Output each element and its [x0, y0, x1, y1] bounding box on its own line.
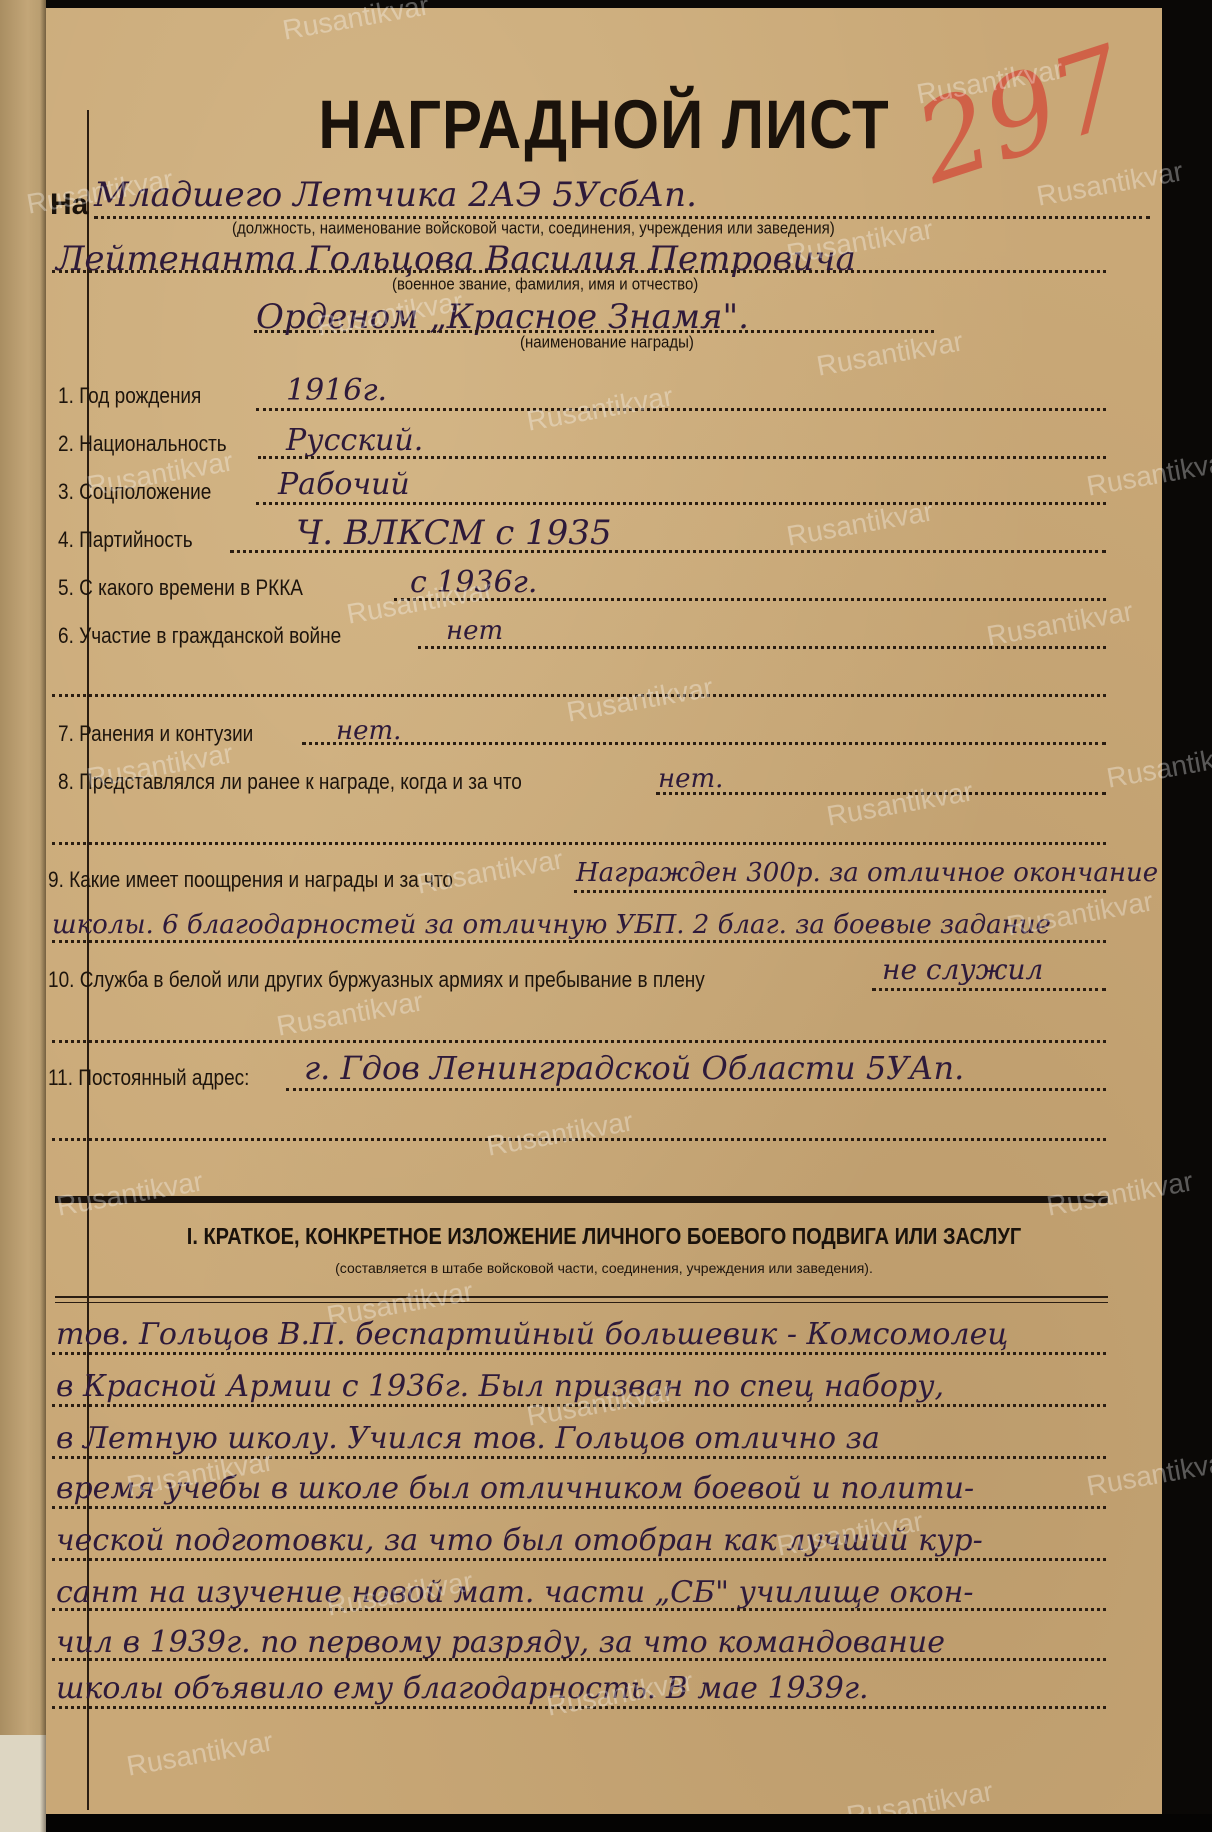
section-divider: [55, 1196, 1108, 1203]
field-line-extra: [52, 694, 1106, 697]
field-line: [656, 792, 1106, 795]
field-label-birth-year: 1. Год рождения: [58, 385, 201, 410]
watermark: Rusantikvar: [484, 1105, 635, 1162]
narrative-line: школы объявило ему благодарность. В мае …: [56, 1674, 869, 1704]
field-label-awards: 9. Какие имеет поощрения и награды и за …: [48, 869, 453, 894]
narrative-line: в Красной Армии с 1936г. Был призван по …: [56, 1372, 944, 1402]
field-value-party: Ч. ВЛКСМ с 1935: [296, 516, 612, 550]
watermark: Rusantikvar: [814, 325, 965, 382]
field-line: [256, 408, 1106, 411]
narrative-rule: [52, 1558, 1106, 1561]
watermark: Rusantikvar: [1104, 737, 1212, 794]
narrative-rule: [52, 1404, 1106, 1407]
field-line: [258, 456, 1106, 459]
field-line: [286, 1088, 1106, 1091]
field-line: [574, 890, 1106, 893]
field-line-extra: [52, 1138, 1106, 1141]
name-line: [52, 270, 1106, 273]
narrative-line: ческой подготовки, за что был отобран ка…: [56, 1526, 983, 1556]
watermark: Rusantikvar: [984, 595, 1135, 652]
field-label-rkka-since: 5. С какого времени в РККА: [58, 577, 303, 602]
narrative-rule: [52, 1608, 1106, 1611]
award-sheet: НАГРАДНОЙ ЛИСТ 297 На Младшего Летчика 2…: [46, 8, 1162, 1814]
narrative-rule: [52, 1658, 1106, 1661]
field-label-wounds: 7. Ранения и контузии: [58, 723, 253, 748]
watermark: Rusantikvar: [1084, 1445, 1212, 1502]
field-label-party: 4. Партийность: [58, 529, 193, 554]
field-line: [52, 940, 1106, 943]
field-value-rkka-since: с 1936г.: [410, 568, 537, 598]
field-value-address: г. Гдов Ленинградской Области 5УАп.: [304, 1052, 964, 1084]
field-label-social-status: 3. Соцположение: [58, 481, 211, 506]
narrative-line: тов. Гольцов В.П. беспартийный большевик…: [56, 1320, 1008, 1350]
watermark: Rusantikvar: [124, 1725, 275, 1782]
field-line: [302, 742, 1106, 745]
field-label-nationality: 2. Национальность: [58, 433, 227, 458]
na-label: На: [50, 188, 88, 222]
narrative-rule: [52, 1456, 1106, 1459]
field-label-civil-war: 6. Участие в гражданской войне: [58, 625, 341, 650]
section-rule: [55, 1296, 1108, 1303]
narrative-rule: [52, 1506, 1106, 1509]
award-caption: (наименование награды): [520, 333, 694, 352]
field-value-white-army: не служил: [882, 956, 1043, 984]
field-label-previous-nomination: 8. Представлялся ли ранее к награде, ког…: [58, 771, 522, 796]
narrative-line: сант на изучение новой мат. части „СБ" у…: [56, 1578, 974, 1608]
narrative-line: время учебы в школе был отличником боево…: [56, 1474, 974, 1504]
field-value-awards-line2: школы. 6 благодарностей за отличную УБП.…: [52, 912, 1051, 938]
watermark: Rusantikvar: [54, 1165, 205, 1222]
watermark: Rusantikvar: [280, 0, 431, 47]
section-subheading: (составляется в штабе войсковой части, с…: [46, 1260, 1162, 1276]
narrative-line: в Летную школу. Учился тов. Гольцов отли…: [56, 1424, 880, 1454]
narrative-line: чил в 1939г. по первому разряду, за что …: [56, 1628, 945, 1658]
field-line-extra: [52, 1040, 1106, 1043]
field-value-nationality: Русский.: [286, 426, 423, 456]
archive-red-pencil-mark: 297: [905, 33, 1148, 256]
field-value-social-status: Рабочий: [278, 470, 410, 500]
section-heading: I. КРАТКОЕ, КОНКРЕТНОЕ ИЗЛОЖЕНИЕ ЛИЧНОГО…: [46, 1224, 1162, 1250]
watermark: Rusantikvar: [564, 671, 715, 728]
field-value-previous-nomination: нет.: [658, 766, 723, 792]
field-value-civil-war: нет: [446, 618, 503, 644]
name-caption: (военное звание, фамилия, имя и отчество…: [392, 275, 698, 294]
field-value-awards: Награжден 300р. за отличное окончание: [576, 860, 1158, 886]
field-value-wounds: нет.: [336, 718, 401, 744]
award-value: Орденом „Красное Знамя".: [256, 300, 749, 334]
field-line: [872, 988, 1106, 991]
narrative-rule: [52, 1352, 1106, 1355]
field-line: [256, 502, 1106, 505]
field-label-address: 11. Постоянный адрес:: [48, 1067, 249, 1092]
narrative-rule: [52, 1706, 1106, 1709]
field-label-white-army: 10. Служба в белой или других буржуазных…: [48, 969, 705, 994]
watermark: Rusantikvar: [824, 775, 975, 832]
field-line: [230, 550, 1106, 553]
position-caption: (должность, наименование войсковой части…: [232, 219, 835, 238]
watermark: Rusantikvar: [1044, 1165, 1195, 1222]
field-line: [394, 598, 1106, 601]
position-value: Младшего Летчика 2АЭ 5УсбАп.: [94, 178, 697, 212]
field-value-birth-year: 1916г.: [286, 376, 387, 406]
adjacent-page-edge: [0, 0, 46, 1832]
scan-background: [46, 1814, 1212, 1832]
field-line: [418, 646, 1106, 649]
field-line-extra: [52, 842, 1106, 845]
watermark: Rusantikvar: [1084, 445, 1212, 502]
